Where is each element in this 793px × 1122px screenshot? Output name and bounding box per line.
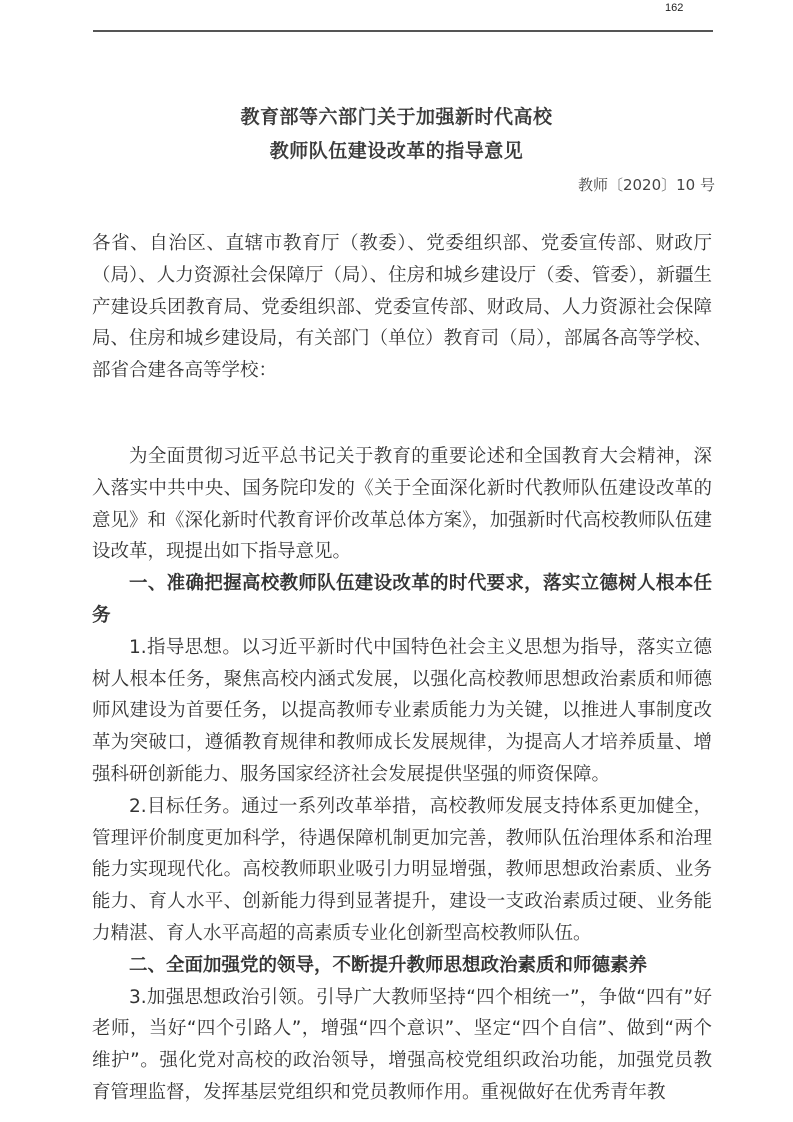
document-body: 各省、自治区、直辖市教育厅（教委）、党委组织部、党委宣传部、财政厅（局）、人力资…	[92, 228, 712, 1109]
document-number: 教师〔2020〕10 号	[578, 174, 715, 195]
paragraph-guiding-ideology: 1.指导思想。以习近平新时代中国特色社会主义思想为指导，落实立德树人根本任务，聚…	[92, 632, 712, 791]
addressee: 各省、自治区、直辖市教育厅（教委）、党委组织部、党委宣传部、财政厅（局）、人力资…	[92, 228, 712, 387]
spacer	[92, 387, 712, 441]
paragraph-target-tasks: 2.目标任务。通过一系列改革举措，高校教师发展支持体系更加健全，管理评价制度更加…	[92, 791, 712, 950]
header-rule	[93, 30, 713, 32]
page-number: 162	[665, 2, 683, 14]
section-heading-1: 一、准确把握高校教师队伍建设改革的时代要求，落实立德树人根本任务	[92, 568, 712, 632]
document-title-line-2: 教师队伍建设改革的指导意见	[0, 136, 793, 163]
intro-paragraph: 为全面贯彻习近平总书记关于教育的重要论述和全国教育大会精神，深入落实中共中央、国…	[92, 441, 712, 568]
paragraph-political-guidance: 3.加强思想政治引领。引导广大教师坚持“四个相统一”，争做“四有”好老师，当好“…	[92, 982, 712, 1109]
section-heading-2: 二、全面加强党的领导，不断提升教师思想政治素质和师德素养	[92, 950, 712, 982]
document-title-line-1: 教育部等六部门关于加强新时代高校	[0, 102, 793, 129]
